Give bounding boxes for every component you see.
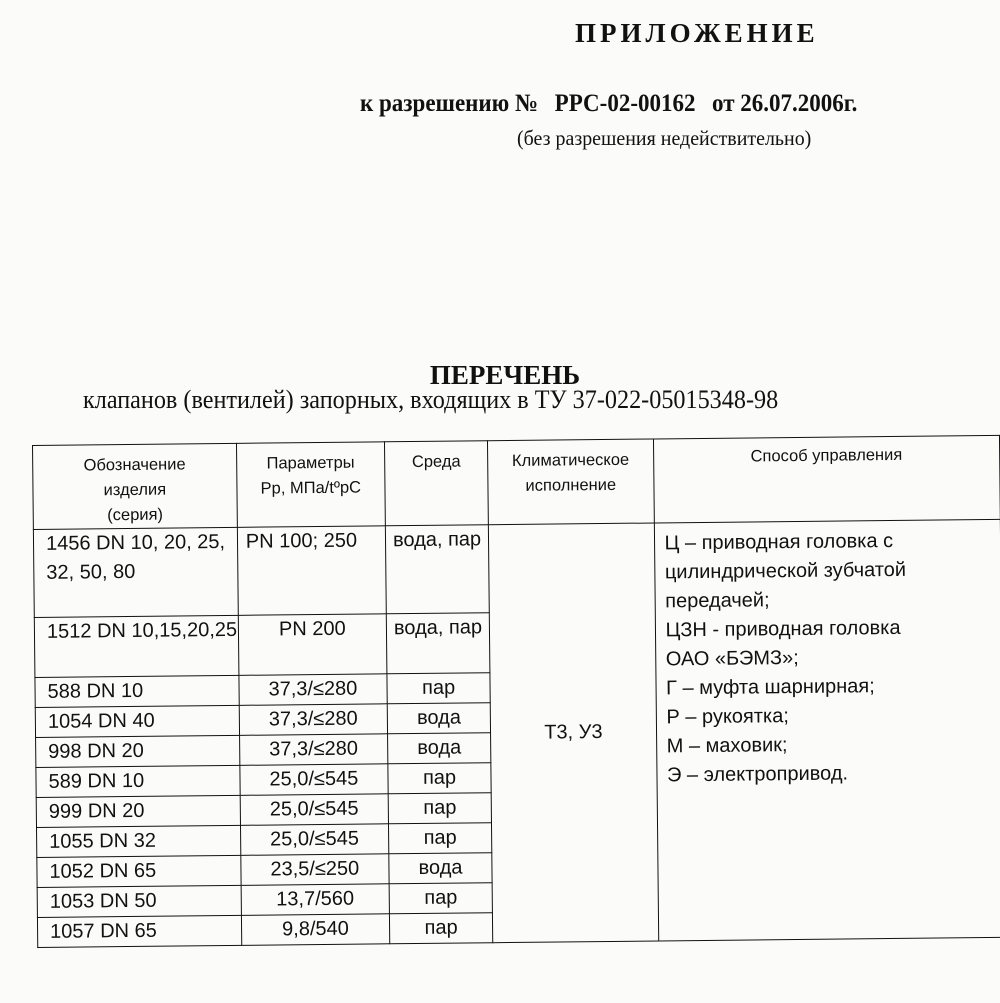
col-header-medium: Среда	[384, 441, 488, 526]
cell-medium: вода, пар	[385, 525, 489, 614]
control-method-line: Э – электропривод.	[667, 758, 1000, 791]
permit-number: РРС-02-00162	[555, 90, 696, 117]
control-method-line: Г – муфта шарнирная;	[666, 671, 1000, 704]
col-header-designation: Обозначение изделия (серия)	[33, 443, 238, 529]
control-method-line: ЦЗН - приводная головка	[665, 613, 1000, 646]
cell-designation: 998 DN 20	[36, 735, 240, 767]
cell-parameters: 25,0/≤545	[240, 764, 388, 796]
validity-note: (без разрешения недействительно)	[517, 126, 811, 151]
permit-date: 26.07.2006г.	[740, 90, 857, 117]
cell-medium: вода	[389, 853, 493, 884]
cell-designation: 999 DN 20	[36, 795, 240, 827]
cell-medium: пар	[389, 883, 493, 914]
cell-climate: Т3, У3	[489, 523, 659, 943]
cell-designation: 1053 DN 50	[37, 885, 241, 917]
col-header-line: Обозначение	[33, 452, 236, 479]
cell-medium: пар	[387, 673, 491, 704]
cell-medium: пар	[388, 793, 492, 824]
list-subtitle: клапанов (вентилей) запорных, входящих в…	[83, 385, 778, 415]
cell-parameters: 13,7/560	[241, 884, 389, 916]
col-header-line: изделия	[33, 477, 236, 504]
control-method-line: ОАО «БЭМЗ»;	[666, 642, 1000, 675]
permit-reference: к разрешению №РРС-02-00162от 26.07.2006г…	[360, 90, 857, 118]
cell-parameters: PN 200	[238, 614, 387, 676]
cell-medium: пар	[388, 763, 492, 794]
table-row: 1456 DN 10, 20, 25, 32, 50, 80PN 100; 25…	[33, 519, 1000, 617]
cell-parameters: 25,0/≤545	[240, 824, 388, 856]
cell-medium: вода	[387, 703, 491, 734]
cell-designation: 1052 DN 65	[37, 855, 241, 887]
col-header-line: (серия)	[34, 502, 237, 529]
control-method-line: Р – рукоятка;	[666, 700, 1000, 733]
cell-parameters: 37,3/≤280	[239, 734, 387, 766]
control-method-line: цилиндрической зубчатой	[665, 555, 1000, 588]
cell-designation: 1456 DN 10, 20, 25, 32, 50, 80	[33, 527, 238, 617]
col-header-line: Способ управления	[654, 442, 1000, 471]
col-header-parameters: Параметры Pр, МПа/tºрC	[236, 442, 385, 528]
cell-medium: вода, пар	[386, 613, 490, 674]
cell-parameters: 37,3/≤280	[239, 704, 387, 736]
permit-date-prefix: от	[712, 90, 734, 117]
cell-parameters: 23,5/≤250	[241, 854, 389, 886]
cell-designation: 1055 DN 32	[37, 825, 241, 857]
cell-designation: 588 DN 10	[35, 675, 239, 707]
appendix-title: ПРИЛОЖЕНИЕ	[575, 18, 819, 49]
cell-designation: 589 DN 10	[36, 765, 240, 797]
cell-parameters: 37,3/≤280	[239, 674, 387, 706]
cell-medium: пар	[388, 823, 492, 854]
cell-designation: 1512 DN 10,15,20,25	[34, 615, 238, 677]
col-header-climate: Климатическое исполнение	[488, 439, 654, 525]
col-header-line: Климатическое	[488, 448, 653, 475]
permit-prefix: к разрешению №	[360, 90, 538, 117]
cell-control-methods: Ц – приводная головка сцилиндрической зу…	[654, 519, 1000, 941]
col-header-line: исполнение	[489, 473, 654, 500]
cell-parameters: PN 100; 250	[237, 526, 386, 616]
cell-designation: 1057 DN 65	[37, 915, 241, 947]
col-header-line: Pр, МПа/tºрC	[237, 475, 384, 502]
cell-medium: пар	[389, 913, 493, 944]
cell-medium: вода	[387, 733, 491, 764]
cell-parameters: 25,0/≤545	[240, 794, 388, 826]
cell-parameters: 9,8/540	[241, 914, 389, 946]
control-method-line: Ц – приводная головка с	[664, 526, 1000, 559]
col-header-line: Параметры	[237, 450, 384, 477]
col-header-control: Способ управления	[653, 435, 1000, 523]
valves-table: Обозначение изделия (серия) Параметры Pр…	[32, 435, 1000, 948]
col-header-line: Среда	[385, 449, 488, 475]
table-header-row: Обозначение изделия (серия) Параметры Pр…	[33, 435, 1000, 529]
control-method-line: М – маховик;	[667, 729, 1000, 762]
cell-designation: 1054 DN 40	[35, 705, 239, 737]
control-method-line: передачей;	[665, 584, 1000, 617]
